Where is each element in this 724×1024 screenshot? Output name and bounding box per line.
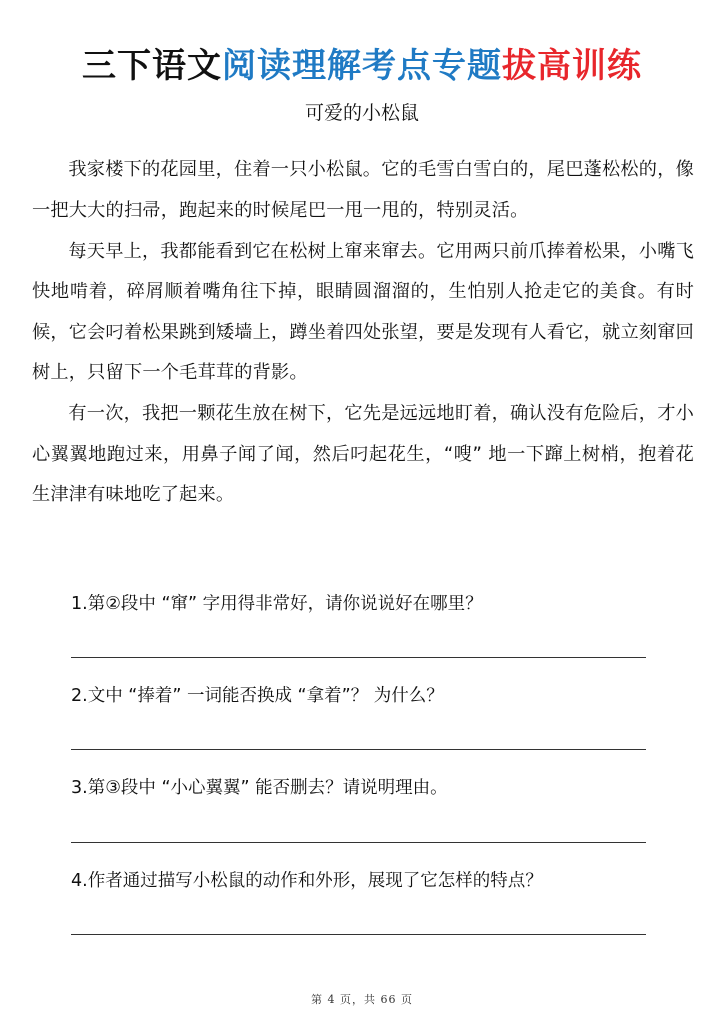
question-4: 4.作者通过描写小松鼠的动作和外形，展现了它怎样的特点？ xyxy=(71,866,543,896)
worksheet-title: 三下语文阅读理解考点专题拔高训练 xyxy=(0,42,724,90)
question-text: 文中 “捧着” 一词能否换成 “拿着”？ 为什么？ xyxy=(88,686,444,706)
question-number: 1. xyxy=(71,594,88,614)
answer-line-4[interactable] xyxy=(71,934,646,935)
page-number: 第 4 页，共 66 页 xyxy=(0,991,724,1007)
question-text: 第②段中 “窜” 字用得非常好，请你说说好在哪里？ xyxy=(88,594,483,614)
title-part-grade: 三下语文 xyxy=(82,46,222,86)
question-number: 2. xyxy=(71,686,88,706)
answer-line-3[interactable] xyxy=(71,842,646,843)
question-number: 4. xyxy=(71,871,88,891)
title-part-topic: 阅读理解考点专题 xyxy=(222,46,502,86)
reading-passage: 我家楼下的花园里，住着一只小松鼠。它的毛雪白雪白的，尾巴蓬松松的，像一把大大的扫… xyxy=(32,150,694,516)
question-text: 第③段中 “小心翼翼” 能否删去？请说明理由。 xyxy=(88,778,448,798)
title-part-level: 拔高训练 xyxy=(502,46,642,86)
paragraph-3: 有一次，我把一颗花生放在树下，它先是远远地盯着，确认没有危险后，才小心翼翼地跑过… xyxy=(32,394,694,516)
passage-title: 可爱的小松鼠 xyxy=(0,98,724,128)
answer-line-2[interactable] xyxy=(71,749,646,750)
question-text: 作者通过描写小松鼠的动作和外形，展现了它怎样的特点？ xyxy=(88,871,543,891)
answer-line-1[interactable] xyxy=(71,657,646,658)
question-1: 1.第②段中 “窜” 字用得非常好，请你说说好在哪里？ xyxy=(71,589,483,619)
question-number: 3. xyxy=(71,778,88,798)
paragraph-1: 我家楼下的花园里，住着一只小松鼠。它的毛雪白雪白的，尾巴蓬松松的，像一把大大的扫… xyxy=(32,150,694,231)
question-2: 2.文中 “捧着” 一词能否换成 “拿着”？ 为什么？ xyxy=(71,681,444,711)
question-3: 3.第③段中 “小心翼翼” 能否删去？请说明理由。 xyxy=(71,773,448,803)
paragraph-2: 每天早上，我都能看到它在松树上窜来窜去。它用两只前爪捧着松果，小嘴飞快地啃着，碎… xyxy=(32,232,694,394)
